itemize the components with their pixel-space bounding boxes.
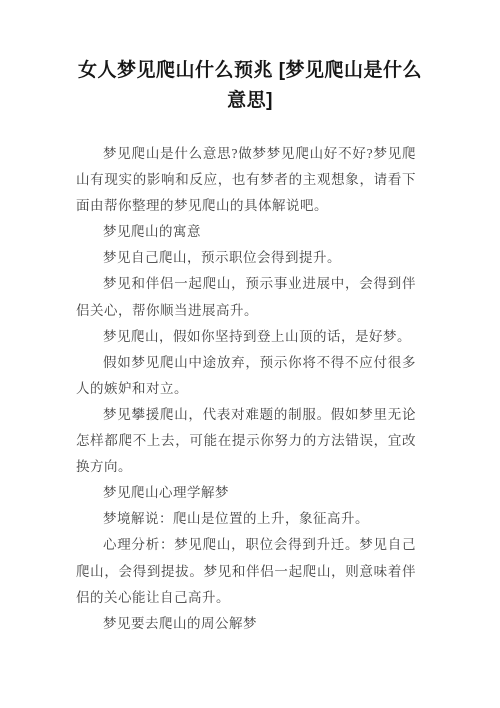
document-page: 女人梦见爬山什么预兆 [梦见爬山是什么意思] 梦见爬山是什么意思?做梦梦见爬山好… [0,0,500,708]
section-heading-meaning: 梦见爬山的寓意 [76,219,416,245]
paragraph: 假如梦见爬山中途放弃，预示你将不得不应付很多人的嫉妒和对立。 [76,350,416,402]
paragraph: 梦境解说：爬山是位置的上升，象征高升。 [76,506,416,532]
paragraph-intro: 梦见爬山是什么意思?做梦梦见爬山好不好?梦见爬山有现实的影响和反应，也有梦者的主… [76,141,416,219]
paragraph: 梦见自己爬山，预示职位会得到提升。 [76,245,416,271]
article-body: 梦见爬山是什么意思?做梦梦见爬山好不好?梦见爬山有现实的影响和反应，也有梦者的主… [76,141,416,637]
paragraph: 梦见爬山，假如你坚持到登上山顶的话，是好梦。 [76,324,416,350]
paragraph: 梦见攀援爬山，代表对难题的制服。假如梦里无论怎样都爬不上去，可能在提示你努力的方… [76,402,416,480]
page-title: 女人梦见爬山什么预兆 [梦见爬山是什么意思] [73,56,427,116]
section-heading-zhougong: 梦见要去爬山的周公解梦 [76,611,416,637]
paragraph: 梦见和伴侣一起爬山，预示事业进展中，会得到伴侣关心，帮你顺当进展高升。 [76,271,416,323]
paragraph: 心理分析：梦见爬山，职位会得到升迁。梦见自己爬山，会得到提拔。梦见和伴侣一起爬山… [76,532,416,610]
section-heading-psychology: 梦见爬山心理学解梦 [76,480,416,506]
